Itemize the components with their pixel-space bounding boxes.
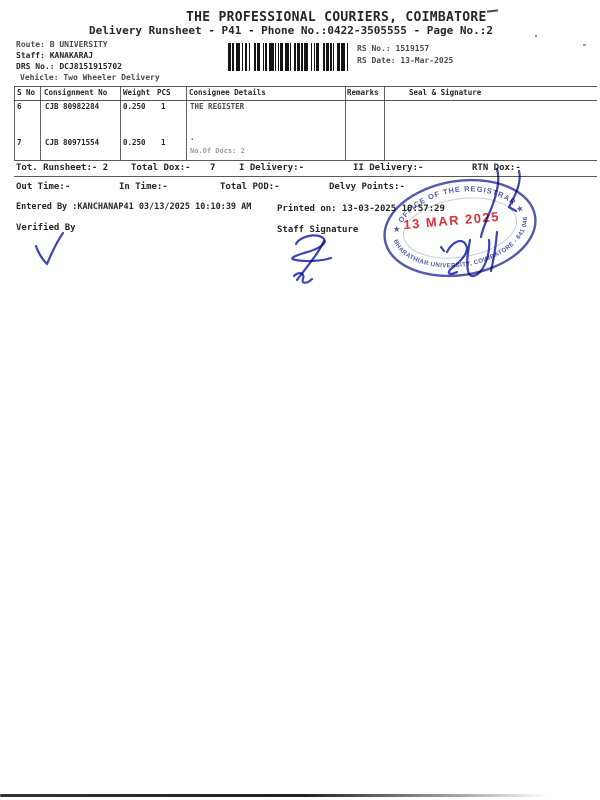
stamp-signature-mark [441, 169, 520, 276]
scan-bottom-edge [0, 794, 548, 797]
scan-speck [583, 44, 586, 46]
scan-speck [535, 35, 537, 37]
verified-by-checkmark [36, 233, 63, 264]
staff-signature-mark [292, 235, 331, 282]
delivery-runsheet-scanned-page: THE PROFESSIONAL COURIERS, COIMBATORE De… [0, 0, 600, 800]
pen-marks-layer [0, 0, 600, 800]
